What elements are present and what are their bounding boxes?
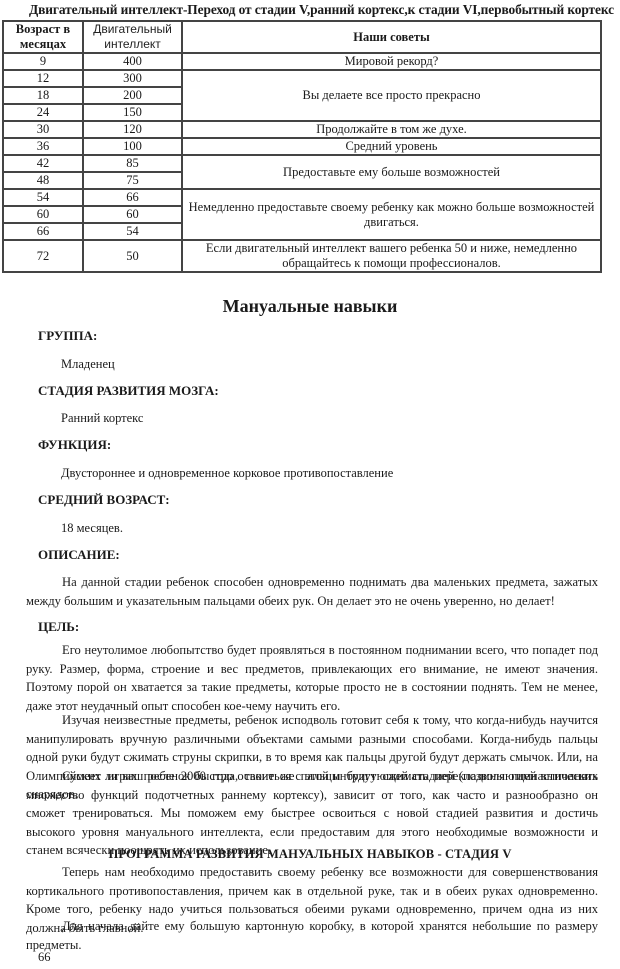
header-age: Возраст в месяцах xyxy=(3,21,83,53)
cell-motor: 100 xyxy=(83,138,182,155)
table-row: 9 400 Мировой рекорд? xyxy=(3,53,601,70)
program-title: ПРОГРАММА РАЗВИТИЯ МАНУАЛЬНЫХ НАВЫКОВ - … xyxy=(0,847,620,862)
table-row: 30 120 Продолжайте в том же духе. xyxy=(3,121,601,138)
cell-advice: Если двигательный интеллект вашего ребен… xyxy=(182,240,601,272)
page-number: 66 xyxy=(38,950,51,965)
group-label: ГРУППА: xyxy=(38,328,97,344)
table-row: 42 85 Предоставьте ему больше возможност… xyxy=(3,155,601,172)
cell-motor: 150 xyxy=(83,104,182,121)
cell-age: 36 xyxy=(3,138,83,155)
motor-intelligence-table: Возраст в месяцах Двигательный интеллект… xyxy=(2,20,602,273)
section-title: Мануальные навыки xyxy=(0,296,620,317)
cell-age: 18 xyxy=(3,87,83,104)
stage-label: СТАДИЯ РАЗВИТИЯ МОЗГА: xyxy=(38,383,219,399)
cell-age: 54 xyxy=(3,189,83,206)
cell-age: 42 xyxy=(3,155,83,172)
cell-advice: Мировой рекорд? xyxy=(182,53,601,70)
function-label: ФУНКЦИЯ: xyxy=(38,437,111,453)
cell-motor: 400 xyxy=(83,53,182,70)
cell-age: 48 xyxy=(3,172,83,189)
cell-age: 72 xyxy=(3,240,83,272)
cell-advice: Предоставьте ему больше возможностей xyxy=(182,155,601,189)
cell-age: 9 xyxy=(3,53,83,70)
stage-value: Ранний кортекс xyxy=(61,411,143,426)
description-paragraph: На данной стадии ребенок способен одновр… xyxy=(26,573,598,610)
group-value: Младенец xyxy=(61,357,115,372)
cell-motor: 85 xyxy=(83,155,182,172)
cell-motor: 54 xyxy=(83,223,182,240)
function-value: Двустороннее и одновременное корковое пр… xyxy=(61,466,393,481)
table-row: 12 300 Вы делаете все просто прекрасно xyxy=(3,70,601,87)
table-header-row: Возраст в месяцах Двигательный интеллект… xyxy=(3,21,601,53)
cell-motor: 200 xyxy=(83,87,182,104)
goal-paragraph: Его неутолимое любопытство будет проявля… xyxy=(26,641,598,715)
cell-advice: Вы делаете все просто прекрасно xyxy=(182,70,601,121)
cell-advice: Средний уровень xyxy=(182,138,601,155)
cell-motor: 66 xyxy=(83,189,182,206)
cell-age: 66 xyxy=(3,223,83,240)
cell-motor: 50 xyxy=(83,240,182,272)
cell-motor: 300 xyxy=(83,70,182,87)
cell-age: 12 xyxy=(3,70,83,87)
age-value: 18 месяцев. xyxy=(61,521,123,536)
table-title: Двигательный интеллект-Переход от стадии… xyxy=(0,2,620,18)
cell-advice: Немедленно предоставьте своему ребенку к… xyxy=(182,189,601,240)
cell-age: 30 xyxy=(3,121,83,138)
cell-motor: 75 xyxy=(83,172,182,189)
cell-advice: Продолжайте в том же духе. xyxy=(182,121,601,138)
age-label: СРЕДНИЙ ВОЗРАСТ: xyxy=(38,492,170,508)
header-motor: Двигательный интеллект xyxy=(83,21,182,53)
cell-motor: 120 xyxy=(83,121,182,138)
table-row: 54 66 Немедленно предоставьте своему реб… xyxy=(3,189,601,206)
header-advice: Наши советы xyxy=(182,21,601,53)
cell-age: 60 xyxy=(3,206,83,223)
cell-motor: 60 xyxy=(83,206,182,223)
description-label: ОПИСАНИЕ: xyxy=(38,547,120,563)
table-row: 36 100 Средний уровень xyxy=(3,138,601,155)
program-paragraph: Для начала дайте ему большую картонную к… xyxy=(26,917,598,954)
goal-label: ЦЕЛЬ: xyxy=(38,619,79,635)
table-row: 72 50 Если двигательный интеллект вашего… xyxy=(3,240,601,272)
cell-age: 24 xyxy=(3,104,83,121)
